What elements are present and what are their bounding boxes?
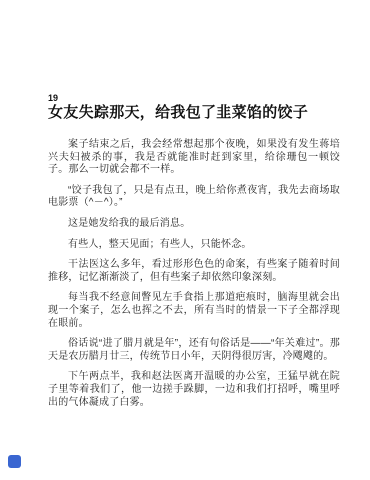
paragraph: 俗话说“进了腊月就是年”，还有句俗话是——“年关难过”。那天是农历腊月廿三，传统…	[48, 338, 340, 363]
paragraph: 有些人，整天见面；有些人，只能怀念。	[48, 239, 340, 252]
paragraph: 这是她发给我的最后消息。	[48, 218, 340, 231]
paragraph: 案子结束之后，我会经常想起那个夜晚，如果没有发生蒋培兴夫妇被杀的事，我是否就能准…	[48, 139, 340, 177]
chapter-title: 女友失踪那天，给我包了韭菜馅的饺子	[48, 104, 340, 122]
paragraph: “饺子我包了，只是有点丑，晚上给你煮夜宵，我先去商场取电影票（^－^）。”	[48, 185, 340, 210]
reader-page: 19 女友失踪那天，给我包了韭菜馅的饺子 案子结束之后，我会经常想起那个夜晚，如…	[0, 0, 370, 480]
chapter-content: 案子结束之后，我会经常想起那个夜晚，如果没有发生蒋培兴夫妇被杀的事，我是否就能准…	[48, 139, 340, 409]
paragraph: 下午两点半，我和赵法医离开温暖的办公室，王猛早就在院子里等着我们了，他一边搓手跺…	[48, 371, 340, 409]
paragraph: 每当我不经意间瞥见左手食指上那道疤痕时，脑海里就会出现一个案子，怎么也挥之不去，…	[48, 292, 340, 330]
reader-floating-button[interactable]	[8, 455, 21, 468]
paragraph: 干法医这么多年，看过形形色色的命案，有些案子随着时间推移，记忆渐渐淡了，但有些案…	[48, 259, 340, 284]
chapter-number: 19	[48, 93, 340, 103]
